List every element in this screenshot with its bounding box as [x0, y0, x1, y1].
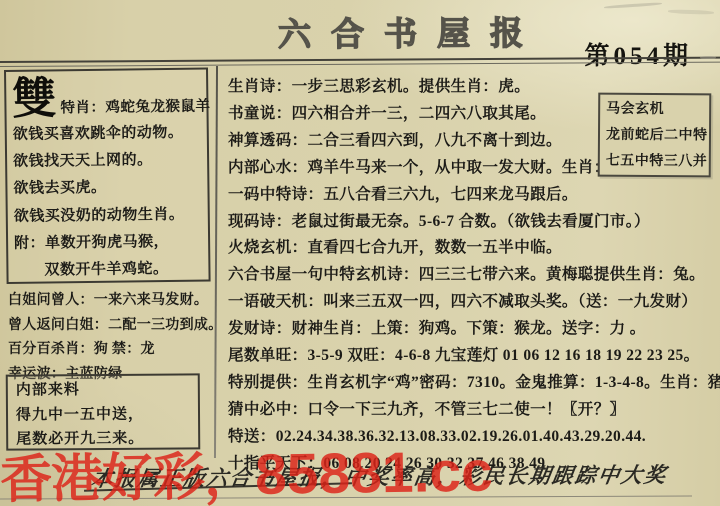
prediction-line: 欲钱去买虎。: [13, 174, 201, 203]
issue-number: 第054期: [584, 36, 692, 72]
main-line-special-offer: 特别提供：生肖玄机字“鸡”密码：7310。金鬼推算：1-3-4-8。生肖：猪。: [228, 370, 720, 397]
horse-club-title: 马会玄机: [606, 97, 703, 124]
special-zodiac-header: 雙 特肖：鸡蛇兔龙猴鼠羊: [12, 74, 201, 122]
main-line-fortune-poem: 发财诗：财神生肖：上策：狗鸡。下策：猴龙。送字：力 。: [228, 316, 720, 343]
watermark-text: 香港好彩，: [0, 448, 255, 506]
main-line-break-secret: 一语破天机：叫来三五双一四，四六不减取头奖。（送：一九发财）: [228, 289, 720, 316]
main-line-one-sentence: 六合书屋一句中特玄机诗：四三三七带六来。黄梅聪提供生肖：兔。: [228, 262, 720, 289]
main-line-one-code: 一码中特诗：五八合看三六九，七四来龙马跟后。: [228, 182, 720, 209]
newspaper-page: 六合书屋报 第054期 雙 特肖：鸡蛇兔龙猴鼠羊 欲钱买喜欢跳伞的动物。 欲钱找…: [0, 0, 720, 506]
prediction-line: 欲钱买喜欢跳伞的动物。: [13, 120, 201, 149]
page-title: 六合书屋报: [278, 7, 578, 56]
prediction-line: 欲钱找天天上网的。: [13, 147, 201, 176]
scan-smudge: [668, 9, 714, 15]
scan-smudge: [604, 2, 662, 9]
main-line-current-code: 现码诗：老鼠过街最无奈。5-6-7 合数。（欲钱去看厦门市。）: [228, 209, 720, 236]
note-line: 百分百杀肖：狗 禁：龙: [8, 338, 213, 363]
column-divider: [214, 66, 218, 458]
prediction-line: 欲钱买没奶的动物生肖。: [14, 201, 202, 230]
horse-club-line: 龙前蛇后二中特: [606, 123, 703, 150]
note-line: 曾人返问白姐：二配一三功到成。: [8, 314, 213, 339]
internal-info-line: 得九中一五中送，: [16, 402, 190, 428]
special-zodiac-box: 雙 特肖：鸡蛇兔龙猴鼠羊 欲钱买喜欢跳伞的动物。 欲钱找天天上网的。 欲钱去买虎…: [4, 68, 211, 284]
double-character: 雙: [12, 77, 57, 122]
internal-info-title: 内部来料: [16, 377, 190, 403]
main-line-fire-mystery: 火烧玄机：直看四七合九开，数数一五半中临。: [228, 235, 720, 262]
prediction-line: 双数开牛羊鸡蛇。: [14, 256, 202, 285]
prediction-line: 附：单数开狗虎马猴，: [14, 228, 202, 257]
horse-club-line: 七五中特三八并: [606, 149, 703, 176]
horse-club-box: 马会玄机 龙前蛇后二中特 七五中特三八并: [598, 93, 712, 178]
main-line-tail-numbers: 尾数单旺：3-5-9 双旺：4-6-8 九宝莲灯 01 06 12 16 18 …: [228, 343, 720, 370]
note-line: 白姐问曾人：一来六来马发财。: [8, 289, 213, 314]
special-zodiac-line: 特肖：鸡蛇兔龙猴鼠羊: [56, 94, 210, 121]
watermark-url: 85881.cc: [255, 440, 494, 506]
scan-smudge: [700, 56, 716, 59]
main-line-guess-hit: 猜中必中：口令一下三九齐，不管三七二使一！〖开？〗: [228, 397, 720, 424]
site-watermark: 香港好彩，85881.cc: [0, 431, 493, 506]
